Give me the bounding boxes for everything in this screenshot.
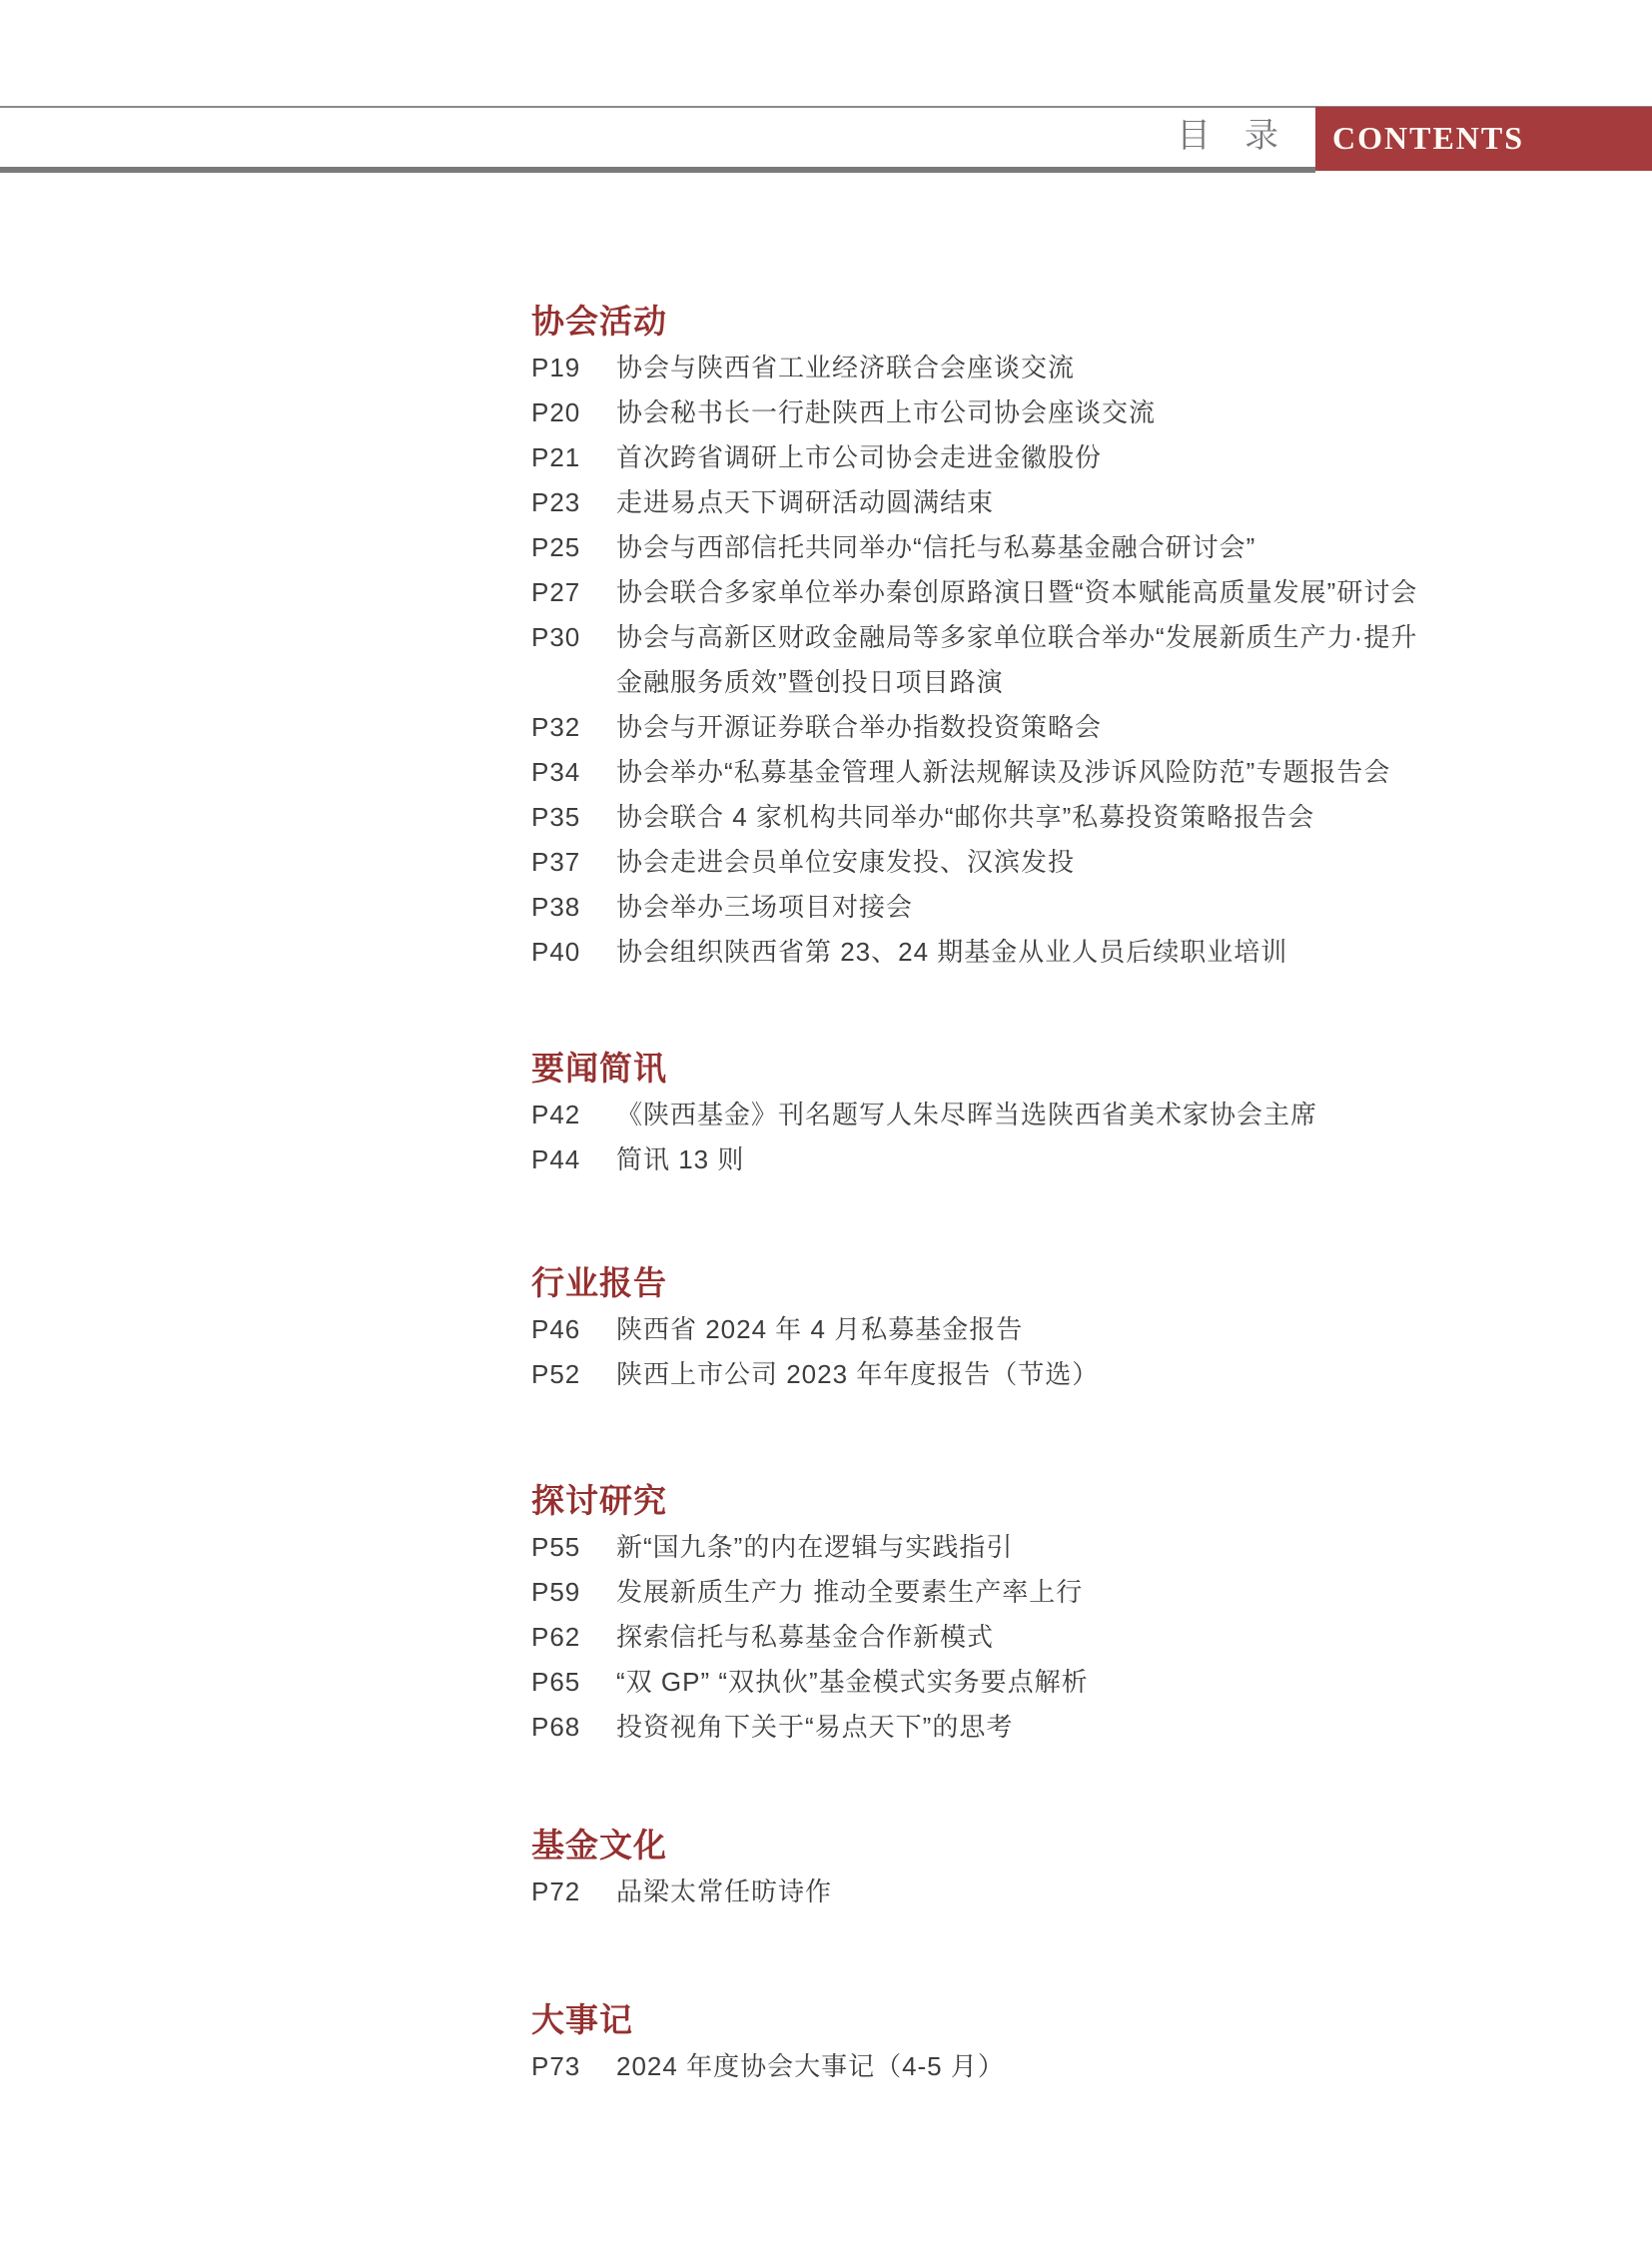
toc-item-page: P72 <box>531 1869 616 1914</box>
toc-item: P62 探索信托与私募基金合作新模式 <box>531 1615 1580 1660</box>
toc-item-title: 协会与西部信托共同举办“信托与私募基金融合研讨会” <box>616 532 1255 562</box>
toc-item: P42 《陕西基金》刊名题写人朱尽晖当选陕西省美术家协会主席 <box>531 1093 1580 1137</box>
toc-item-page: P42 <box>531 1093 616 1137</box>
toc-item: P65 “双 GP” “双执伙”基金模式实务要点解析 <box>531 1660 1580 1705</box>
toc-item-page: P44 <box>531 1137 616 1182</box>
toc-item-title: 协会与开源证券联合举办指数投资策略会 <box>616 712 1102 742</box>
toc-item-page: P62 <box>531 1615 616 1660</box>
section-items: P42 《陕西基金》刊名题写人朱尽晖当选陕西省美术家协会主席 P44 简讯 13… <box>531 1093 1580 1182</box>
toc-item-page: P35 <box>531 795 616 840</box>
toc-item: P27 协会联合多家单位举办秦创原路演日暨“资本赋能高质量发展”研讨会 <box>531 570 1580 615</box>
section-title: 行业报告 <box>531 1264 1580 1304</box>
toc-item: P44 简讯 13 则 <box>531 1137 1580 1182</box>
toc-item-title: 协会举办“私募基金管理人新法规解读及涉诉风险防范”专题报告会 <box>616 757 1390 787</box>
toc-item-page: P68 <box>531 1705 616 1750</box>
toc-label-chinese: 目 录 <box>1177 114 1278 158</box>
toc-item-page: P23 <box>531 480 616 525</box>
toc-item-title: 发展新质生产力 推动全要素生产率上行 <box>616 1577 1083 1607</box>
section-title: 协会活动 <box>531 303 1580 343</box>
toc-item: P23 走进易点天下调研活动圆满结束 <box>531 480 1580 525</box>
toc-item-page: P32 <box>531 705 616 750</box>
toc-item-page: P30 <box>531 615 616 660</box>
toc-item-page: P27 <box>531 570 616 615</box>
section-items: P55 新“国九条”的内在逻辑与实践指引 P59 发展新质生产力 推动全要素生产… <box>531 1525 1580 1750</box>
toc-item-title: 品梁太常任昉诗作 <box>616 1876 832 1906</box>
toc-item-page: P52 <box>531 1352 616 1397</box>
toc-item-title: 2024 年度协会大事记（4-5 月） <box>616 2051 1005 2081</box>
toc-item-title: 协会秘书长一行赴陕西上市公司协会座谈交流 <box>616 397 1156 427</box>
toc-section-memorabilia: 大事记 P73 2024 年度协会大事记（4-5 月） <box>531 2001 1580 2089</box>
toc-item-title: 协会与高新区财政金融局等多家单位联合举办“发展新质生产力·提升 <box>616 622 1417 652</box>
toc-section-fund-culture: 基金文化 P72 品梁太常任昉诗作 <box>531 1827 1580 1914</box>
toc-section-association-activities: 协会活动 P19 协会与陕西省工业经济联合会座谈交流 P20 协会秘书长一行赴陕… <box>531 303 1580 975</box>
toc-item: P59 发展新质生产力 推动全要素生产率上行 <box>531 1570 1580 1615</box>
toc-page: 目 录 CONTENTS 协会活动 P19 协会与陕西省工业经济联合会座谈交流 … <box>0 0 1652 2242</box>
toc-item-title: 陕西省 2024 年 4 月私募基金报告 <box>616 1314 1023 1344</box>
toc-item-title: 《陕西基金》刊名题写人朱尽晖当选陕西省美术家协会主席 <box>616 1100 1317 1129</box>
toc-section-industry-reports: 行业报告 P46 陕西省 2024 年 4 月私募基金报告 P52 陕西上市公司… <box>531 1264 1580 1397</box>
toc-item: P32 协会与开源证券联合举办指数投资策略会 <box>531 705 1580 750</box>
toc-item-title: 简讯 13 则 <box>616 1144 744 1174</box>
toc-item-page: P59 <box>531 1570 616 1615</box>
toc-item: P72 品梁太常任昉诗作 <box>531 1869 1580 1914</box>
toc-item: P40 协会组织陕西省第 23、24 期基金从业人员后续职业培训 <box>531 930 1580 975</box>
toc-item-title-continued: 金融服务质效”暨创投日项目路演 <box>616 667 1004 697</box>
toc-item-title: 投资视角下关于“易点天下”的思考 <box>616 1712 1013 1742</box>
section-title: 要闻简讯 <box>531 1050 1580 1090</box>
toc-item-page: P55 <box>531 1525 616 1570</box>
section-items: P72 品梁太常任昉诗作 <box>531 1869 1580 1914</box>
toc-section-research-discussion: 探讨研究 P55 新“国九条”的内在逻辑与实践指引 P59 发展新质生产力 推动… <box>531 1482 1580 1750</box>
toc-item-page: P37 <box>531 840 616 885</box>
contents-banner-label: CONTENTS <box>1315 107 1652 169</box>
toc-item-page: P46 <box>531 1307 616 1352</box>
toc-item-page: P25 <box>531 525 616 570</box>
toc-item-title: 协会与陕西省工业经济联合会座谈交流 <box>616 353 1075 382</box>
toc-item: P19 协会与陕西省工业经济联合会座谈交流 <box>531 346 1580 390</box>
section-items: P73 2024 年度协会大事记（4-5 月） <box>531 2044 1580 2089</box>
toc-item-page: P38 <box>531 885 616 930</box>
toc-item: P35 协会联合 4 家机构共同举办“邮你共享”私募投资策略报告会 <box>531 795 1580 840</box>
toc-item: P46 陕西省 2024 年 4 月私募基金报告 <box>531 1307 1580 1352</box>
toc-item-page: P40 <box>531 930 616 975</box>
toc-item-page: P21 <box>531 435 616 480</box>
toc-item: P30 协会与高新区财政金融局等多家单位联合举办“发展新质生产力·提升 金融服务… <box>531 615 1580 705</box>
toc-item-title: 协会走进会员单位安康发投、汉滨发投 <box>616 847 1075 877</box>
toc-item-page: P34 <box>531 750 616 795</box>
toc-item-title: 协会组织陕西省第 23、24 期基金从业人员后续职业培训 <box>616 937 1287 967</box>
toc-item-title: 首次跨省调研上市公司协会走进金徽股份 <box>616 442 1102 472</box>
toc-item-title: “双 GP” “双执伙”基金模式实务要点解析 <box>616 1667 1089 1697</box>
toc-item: P20 协会秘书长一行赴陕西上市公司协会座谈交流 <box>531 390 1580 435</box>
section-title: 大事记 <box>531 2001 1580 2041</box>
toc-item-page: P19 <box>531 346 616 390</box>
toc-item-title: 陕西上市公司 2023 年年度报告（节选） <box>616 1359 1099 1389</box>
toc-item: P38 协会举办三场项目对接会 <box>531 885 1580 930</box>
toc-item: P52 陕西上市公司 2023 年年度报告（节选） <box>531 1352 1580 1397</box>
toc-item-title: 协会联合 4 家机构共同举办“邮你共享”私募投资策略报告会 <box>616 802 1314 832</box>
toc-item-title: 新“国九条”的内在逻辑与实践指引 <box>616 1532 1013 1562</box>
toc-item-page: P20 <box>531 390 616 435</box>
toc-item-title: 协会举办三场项目对接会 <box>616 892 913 922</box>
header-rule-thick <box>0 167 1315 173</box>
section-title: 基金文化 <box>531 1827 1580 1867</box>
toc-item-page: P65 <box>531 1660 616 1705</box>
toc-item-title: 走进易点天下调研活动圆满结束 <box>616 487 994 517</box>
toc-item: P34 协会举办“私募基金管理人新法规解读及涉诉风险防范”专题报告会 <box>531 750 1580 795</box>
toc-item-title: 探索信托与私募基金合作新模式 <box>616 1622 994 1652</box>
toc-item: P55 新“国九条”的内在逻辑与实践指引 <box>531 1525 1580 1570</box>
toc-item-title: 协会联合多家单位举办秦创原路演日暨“资本赋能高质量发展”研讨会 <box>616 577 1417 607</box>
section-title: 探讨研究 <box>531 1482 1580 1522</box>
toc-item-page: P73 <box>531 2044 616 2089</box>
toc-item: P73 2024 年度协会大事记（4-5 月） <box>531 2044 1580 2089</box>
toc-item: P25 协会与西部信托共同举办“信托与私募基金融合研讨会” <box>531 525 1580 570</box>
section-items: P19 协会与陕西省工业经济联合会座谈交流 P20 协会秘书长一行赴陕西上市公司… <box>531 346 1580 975</box>
toc-item: P68 投资视角下关于“易点天下”的思考 <box>531 1705 1580 1750</box>
section-items: P46 陕西省 2024 年 4 月私募基金报告 P52 陕西上市公司 2023… <box>531 1307 1580 1397</box>
toc-item: P21 首次跨省调研上市公司协会走进金徽股份 <box>531 435 1580 480</box>
contents-banner: CONTENTS <box>1315 107 1652 171</box>
toc-section-news-briefs: 要闻简讯 P42 《陕西基金》刊名题写人朱尽晖当选陕西省美术家协会主席 P44 … <box>531 1050 1580 1182</box>
toc-item: P37 协会走进会员单位安康发投、汉滨发投 <box>531 840 1580 885</box>
